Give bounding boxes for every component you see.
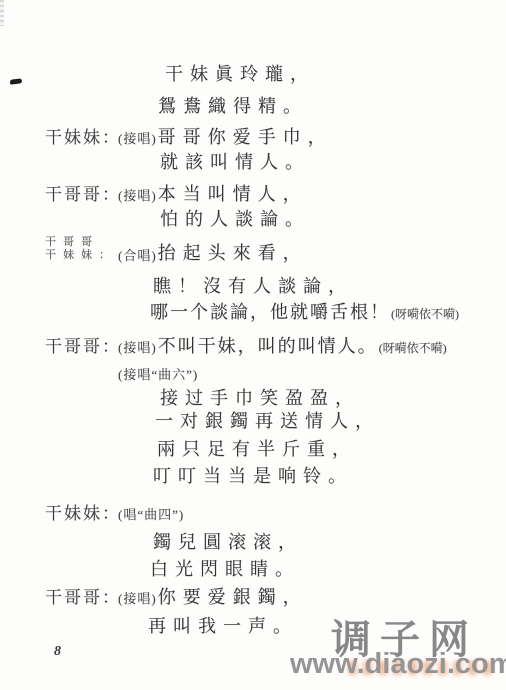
- script-line: 就該叫情人。: [160, 153, 310, 171]
- script-line: 一对銀鐲再送情人，: [155, 412, 380, 430]
- lyric-text: 抬起头來看，: [158, 244, 308, 262]
- lyric-text: 本当叫情人，: [158, 185, 308, 203]
- lyric-text: 干妹眞玲瓏，: [165, 65, 315, 83]
- speaker-label: 干妹妹：: [45, 505, 118, 522]
- lyric-text: 就該叫情人。: [160, 153, 310, 171]
- lyric-text: 叮叮当当是响铃。: [153, 467, 353, 485]
- speaker-label: 干哥哥: [45, 236, 118, 249]
- script-line: 瞧！沒有人談論，: [153, 277, 353, 295]
- script-line: 干妹眞玲瓏，: [165, 65, 315, 83]
- script-line: 干妹妹：(唱“曲四”): [45, 505, 185, 522]
- lyric-text: 鐲兒圓滚滚，: [153, 533, 303, 551]
- lyric-text: 瞧！沒有人談論，: [153, 277, 353, 295]
- script-line: 哪一个談論，他就嚼舌根！(呀嗬依不嗬): [150, 303, 459, 321]
- lyric-text: 怕的人談論。: [160, 210, 310, 228]
- stage-direction: (接唱): [118, 132, 157, 145]
- script-line: 干妹妹：(接唱)哥哥你爱手巾，: [45, 128, 333, 146]
- refrain-annotation: (呀嗬依不嗬): [391, 308, 459, 320]
- stage-direction: (合唱): [118, 249, 157, 262]
- lyric-text: 一对銀鐲再送情人，: [155, 412, 380, 430]
- stage-direction: (接唱): [118, 341, 157, 354]
- lyric-text: 兩只足有半斤重，: [157, 440, 357, 458]
- lyric-text: 不叫干妹，叫的叫情人。: [158, 337, 378, 355]
- stage-direction: (接唱“曲六”): [118, 368, 198, 381]
- script-line: 鐲兒圓滚滚，: [153, 533, 303, 551]
- lyric-text: 你要爱銀鐲，: [158, 588, 308, 606]
- page-number: 8: [54, 644, 61, 660]
- speaker-label: 干哥哥：: [45, 589, 118, 606]
- stage-direction: (接唱): [118, 189, 157, 202]
- lyric-text: 接过手巾笑盈盈，: [160, 389, 360, 407]
- stage-direction: (唱“曲四”): [118, 508, 184, 521]
- speaker-label: 干妹妹：: [45, 249, 118, 262]
- watermark-ghost-text: [348, 661, 498, 675]
- script-line: 干哥哥：(接唱)不叫干妹，叫的叫情人。(呀嗬依不嗬): [45, 337, 447, 355]
- watermark-site-name: 调子网: [331, 608, 478, 665]
- script-line: 怕的人談論。: [160, 210, 310, 228]
- script-line: 白光閃眼睛。: [150, 560, 300, 578]
- margin-dash-mark: [10, 78, 22, 85]
- speaker-label: 干哥哥：: [45, 338, 118, 355]
- scan-smudge-artifact: [0, 0, 4, 26]
- script-line: 鴛鴦織得精。: [158, 97, 308, 115]
- lyric-text: 白光閃眼睛。: [150, 560, 300, 578]
- script-line: 兩只足有半斤重，: [157, 440, 357, 458]
- script-line: 接过手巾笑盈盈，: [160, 389, 360, 407]
- speaker-label-stacked: 干哥哥干妹妹：: [45, 236, 118, 262]
- speaker-label: 干妹妹：: [45, 129, 118, 146]
- refrain-annotation: (呀嗬依不嗬): [379, 342, 447, 354]
- stage-direction: (接唱): [118, 592, 157, 605]
- lyric-text: 哪一个談論，他就嚼舌根！: [150, 303, 390, 321]
- script-line: 干哥哥：(接唱)你要爱銀鐲，: [45, 588, 308, 606]
- scanned-book-page: 干妹眞玲瓏，鴛鴦織得精。干妹妹：(接唱)哥哥你爱手巾，就該叫情人。干哥哥：(接唱…: [0, 0, 506, 690]
- watermark-site-url: www.diaozi.com: [290, 648, 506, 681]
- script-line: (接唱“曲六”): [118, 368, 199, 381]
- script-line: 干哥哥：(接唱)本当叫情人，: [45, 185, 308, 203]
- script-line: 再叫我一声。: [148, 617, 298, 635]
- lyric-text: 哥哥你爱手巾，: [158, 128, 333, 146]
- lyric-text: 鴛鴦織得精。: [158, 97, 308, 115]
- speaker-label: 干哥哥：: [45, 186, 118, 203]
- lyric-text: 再叫我一声。: [148, 617, 298, 635]
- script-line: 叮叮当当是响铃。: [153, 467, 353, 485]
- script-line: 干哥哥干妹妹：(合唱)抬起头來看，: [45, 236, 308, 262]
